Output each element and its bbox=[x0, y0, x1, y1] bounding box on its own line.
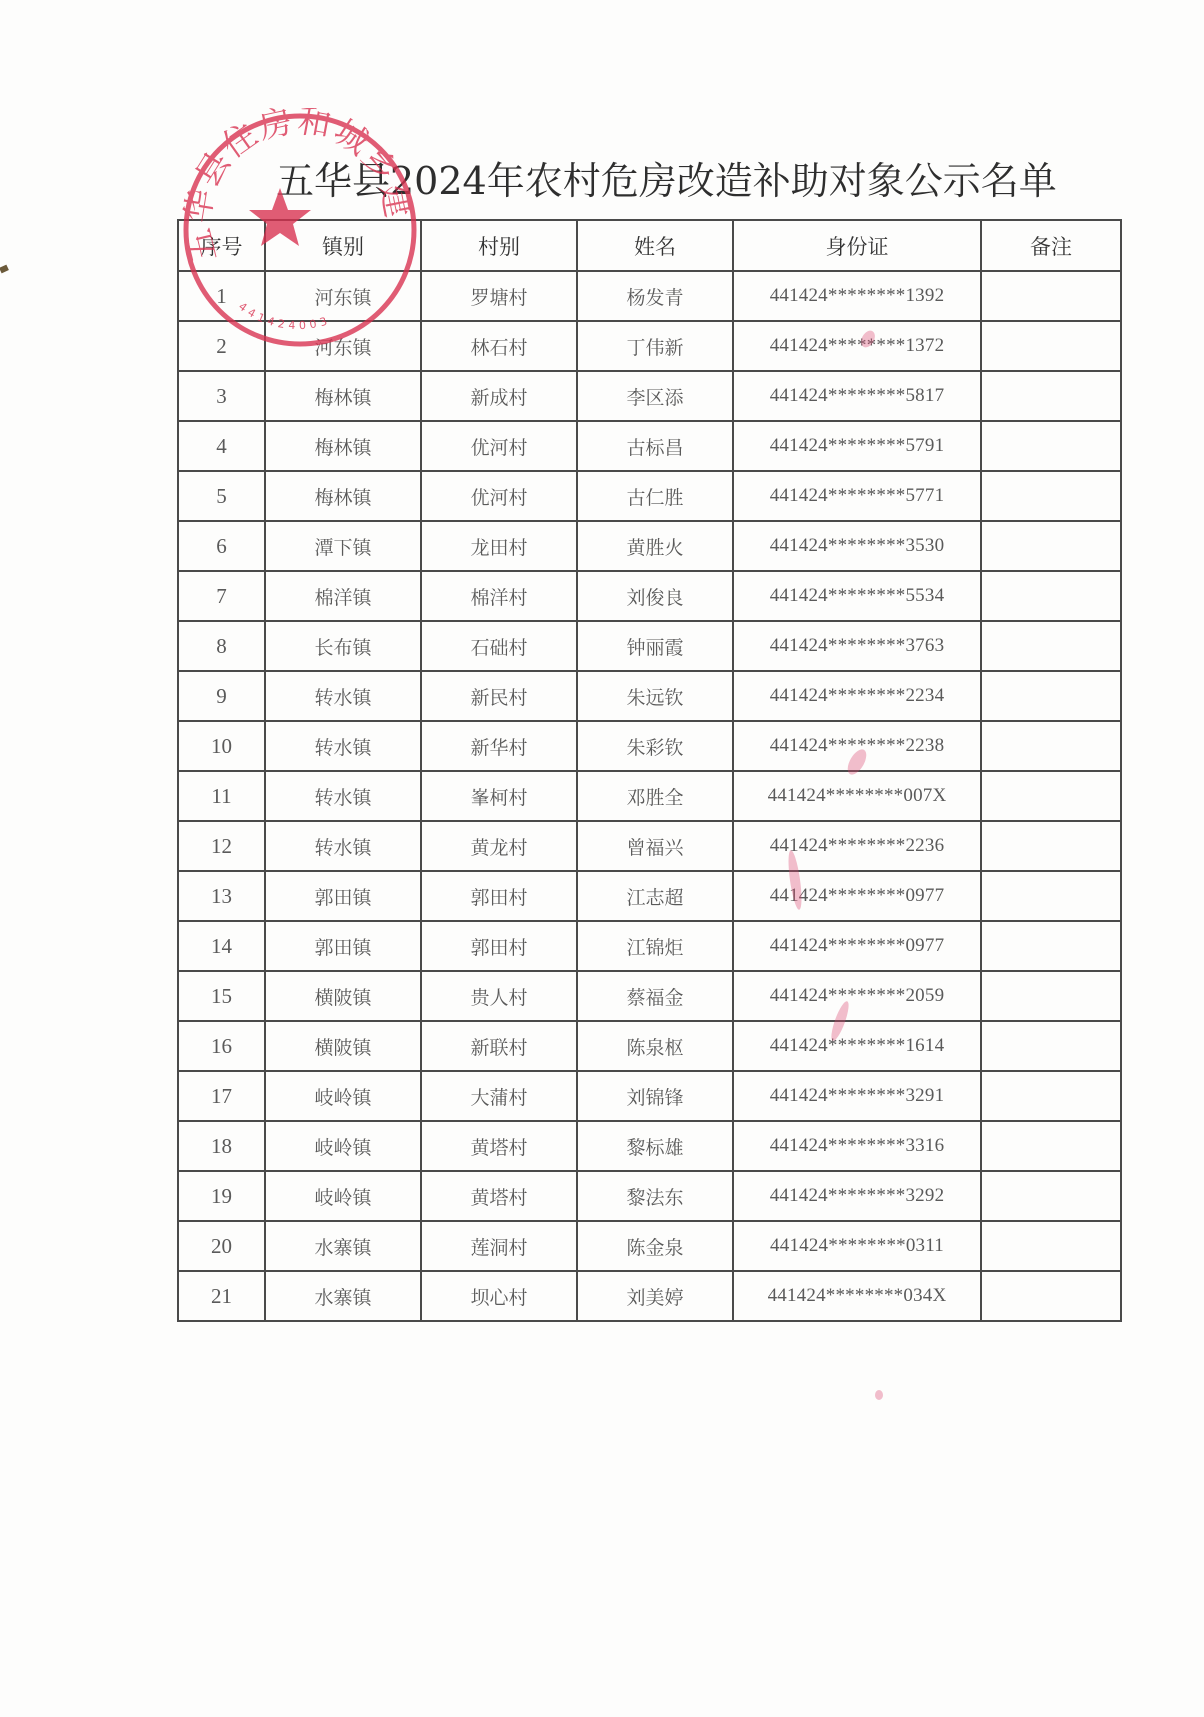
cell-seq: 2 bbox=[178, 321, 265, 371]
cell-seq: 19 bbox=[178, 1171, 265, 1221]
cell-village: 黄塔村 bbox=[421, 1121, 577, 1171]
cell-id-card: 441424********2238 bbox=[733, 721, 981, 771]
cell-town: 岐岭镇 bbox=[265, 1171, 421, 1221]
cell-seq: 9 bbox=[178, 671, 265, 721]
cell-town: 郭田镇 bbox=[265, 921, 421, 971]
header-remarks: 备注 bbox=[981, 220, 1121, 271]
cell-id-card: 441424********034X bbox=[733, 1271, 981, 1321]
cell-town: 河东镇 bbox=[265, 321, 421, 371]
cell-id-card: 441424********3763 bbox=[733, 621, 981, 671]
document-title: 五华县2024年农村危房改造补助对象公示名单 bbox=[276, 150, 1036, 205]
cell-town: 岐岭镇 bbox=[265, 1071, 421, 1121]
table-row: 2河东镇林石村丁伟新441424********1372 bbox=[178, 321, 1121, 371]
cell-id-card: 441424********5771 bbox=[733, 471, 981, 521]
cell-id-card: 441424********5791 bbox=[733, 421, 981, 471]
cell-village: 坝心村 bbox=[421, 1271, 577, 1321]
cell-village: 优河村 bbox=[421, 421, 577, 471]
cell-seq: 5 bbox=[178, 471, 265, 521]
table-row: 3梅林镇新成村李区添441424********5817 bbox=[178, 371, 1121, 421]
table-row: 19岐岭镇黄塔村黎法东441424********3292 bbox=[178, 1171, 1121, 1221]
table-row: 6潭下镇龙田村黄胜火441424********3530 bbox=[178, 521, 1121, 571]
cell-name: 李区添 bbox=[577, 371, 733, 421]
table-row: 9转水镇新民村朱远钦441424********2234 bbox=[178, 671, 1121, 721]
cell-remarks bbox=[981, 1171, 1121, 1221]
cell-id-card: 441424********2236 bbox=[733, 821, 981, 871]
cell-name: 刘锦锋 bbox=[577, 1071, 733, 1121]
cell-village: 黄龙村 bbox=[421, 821, 577, 871]
cell-town: 梅林镇 bbox=[265, 421, 421, 471]
cell-remarks bbox=[981, 571, 1121, 621]
cell-remarks bbox=[981, 371, 1121, 421]
cell-id-card: 441424********3291 bbox=[733, 1071, 981, 1121]
header-id-card: 身份证 bbox=[733, 220, 981, 271]
cell-name: 黄胜火 bbox=[577, 521, 733, 571]
cell-village: 石础村 bbox=[421, 621, 577, 671]
cell-name: 蔡福金 bbox=[577, 971, 733, 1021]
cell-remarks bbox=[981, 971, 1121, 1021]
cell-remarks bbox=[981, 871, 1121, 921]
cell-id-card: 441424********5817 bbox=[733, 371, 981, 421]
cell-name: 江锦炬 bbox=[577, 921, 733, 971]
cell-town: 郭田镇 bbox=[265, 871, 421, 921]
cell-remarks bbox=[981, 521, 1121, 571]
cell-village: 大蒲村 bbox=[421, 1071, 577, 1121]
cell-name: 古标昌 bbox=[577, 421, 733, 471]
cell-seq: 14 bbox=[178, 921, 265, 971]
cell-name: 曾福兴 bbox=[577, 821, 733, 871]
cell-name: 陈泉枢 bbox=[577, 1021, 733, 1071]
cell-remarks bbox=[981, 1221, 1121, 1271]
subsidy-recipients-table: 序号 镇别 村别 姓名 身份证 备注 1河东镇罗塘村杨发青441424*****… bbox=[177, 219, 1122, 1322]
cell-seq: 18 bbox=[178, 1121, 265, 1171]
cell-seq: 8 bbox=[178, 621, 265, 671]
cell-id-card: 441424********0977 bbox=[733, 871, 981, 921]
cell-seq: 3 bbox=[178, 371, 265, 421]
ink-smudge bbox=[875, 1390, 883, 1400]
cell-town: 横陂镇 bbox=[265, 971, 421, 1021]
cell-town: 梅林镇 bbox=[265, 471, 421, 521]
cell-id-card: 441424********2234 bbox=[733, 671, 981, 721]
scanned-document-page: 五华县2024年农村危房改造补助对象公示名单 序号 镇别 村别 姓名 身份证 备… bbox=[0, 0, 1204, 1717]
cell-seq: 12 bbox=[178, 821, 265, 871]
cell-seq: 20 bbox=[178, 1221, 265, 1271]
cell-id-card: 441424********1392 bbox=[733, 271, 981, 321]
cell-name: 陈金泉 bbox=[577, 1221, 733, 1271]
cell-village: 林石村 bbox=[421, 321, 577, 371]
cell-remarks bbox=[981, 821, 1121, 871]
header-village: 村别 bbox=[421, 220, 577, 271]
cell-id-card: 441424********0977 bbox=[733, 921, 981, 971]
cell-village: 新民村 bbox=[421, 671, 577, 721]
table-row: 21水寨镇坝心村刘美婷441424********034X bbox=[178, 1271, 1121, 1321]
cell-seq: 6 bbox=[178, 521, 265, 571]
table-row: 12转水镇黄龙村曾福兴441424********2236 bbox=[178, 821, 1121, 871]
table-row: 1河东镇罗塘村杨发青441424********1392 bbox=[178, 271, 1121, 321]
cell-name: 江志超 bbox=[577, 871, 733, 921]
cell-remarks bbox=[981, 1071, 1121, 1121]
cell-id-card: 441424********0311 bbox=[733, 1221, 981, 1271]
cell-village: 优河村 bbox=[421, 471, 577, 521]
table-body: 1河东镇罗塘村杨发青441424********13922河东镇林石村丁伟新44… bbox=[178, 271, 1121, 1321]
cell-id-card: 441424********5534 bbox=[733, 571, 981, 621]
table-row: 16横陂镇新联村陈泉枢441424********1614 bbox=[178, 1021, 1121, 1071]
cell-name: 朱远钦 bbox=[577, 671, 733, 721]
cell-seq: 4 bbox=[178, 421, 265, 471]
cell-seq: 7 bbox=[178, 571, 265, 621]
cell-remarks bbox=[981, 471, 1121, 521]
cell-town: 转水镇 bbox=[265, 721, 421, 771]
cell-id-card: 441424********007X bbox=[733, 771, 981, 821]
table-row: 4梅林镇优河村古标昌441424********5791 bbox=[178, 421, 1121, 471]
cell-seq: 11 bbox=[178, 771, 265, 821]
cell-village: 郭田村 bbox=[421, 871, 577, 921]
scan-artifact-mark bbox=[0, 265, 9, 274]
cell-name: 刘美婷 bbox=[577, 1271, 733, 1321]
cell-town: 水寨镇 bbox=[265, 1271, 421, 1321]
cell-name: 黎法东 bbox=[577, 1171, 733, 1221]
cell-id-card: 441424********3292 bbox=[733, 1171, 981, 1221]
cell-town: 转水镇 bbox=[265, 771, 421, 821]
cell-village: 罗塘村 bbox=[421, 271, 577, 321]
cell-remarks bbox=[981, 671, 1121, 721]
cell-seq: 17 bbox=[178, 1071, 265, 1121]
cell-town: 棉洋镇 bbox=[265, 571, 421, 621]
cell-town: 横陂镇 bbox=[265, 1021, 421, 1071]
cell-remarks bbox=[981, 771, 1121, 821]
cell-remarks bbox=[981, 721, 1121, 771]
cell-town: 潭下镇 bbox=[265, 521, 421, 571]
cell-town: 水寨镇 bbox=[265, 1221, 421, 1271]
table-row: 10转水镇新华村朱彩钦441424********2238 bbox=[178, 721, 1121, 771]
cell-village: 龙田村 bbox=[421, 521, 577, 571]
cell-remarks bbox=[981, 621, 1121, 671]
cell-remarks bbox=[981, 921, 1121, 971]
cell-name: 黎标雄 bbox=[577, 1121, 733, 1171]
table-row: 5梅林镇优河村古仁胜441424********5771 bbox=[178, 471, 1121, 521]
cell-town: 转水镇 bbox=[265, 821, 421, 871]
table-row: 13郭田镇郭田村江志超441424********0977 bbox=[178, 871, 1121, 921]
cell-town: 梅林镇 bbox=[265, 371, 421, 421]
cell-name: 丁伟新 bbox=[577, 321, 733, 371]
cell-village: 新成村 bbox=[421, 371, 577, 421]
cell-name: 古仁胜 bbox=[577, 471, 733, 521]
cell-town: 转水镇 bbox=[265, 671, 421, 721]
cell-name: 杨发青 bbox=[577, 271, 733, 321]
table-row: 11转水镇峯柯村邓胜全441424********007X bbox=[178, 771, 1121, 821]
cell-village: 郭田村 bbox=[421, 921, 577, 971]
cell-town: 岐岭镇 bbox=[265, 1121, 421, 1171]
cell-village: 新联村 bbox=[421, 1021, 577, 1071]
cell-id-card: 441424********1614 bbox=[733, 1021, 981, 1071]
cell-remarks bbox=[981, 1271, 1121, 1321]
cell-town: 长布镇 bbox=[265, 621, 421, 671]
cell-village: 峯柯村 bbox=[421, 771, 577, 821]
cell-id-card: 441424********3530 bbox=[733, 521, 981, 571]
cell-name: 钟丽霞 bbox=[577, 621, 733, 671]
cell-village: 黄塔村 bbox=[421, 1171, 577, 1221]
header-name: 姓名 bbox=[577, 220, 733, 271]
cell-town: 河东镇 bbox=[265, 271, 421, 321]
table-row: 15横陂镇贵人村蔡福金441424********2059 bbox=[178, 971, 1121, 1021]
table-row: 7棉洋镇棉洋村刘俊良441424********5534 bbox=[178, 571, 1121, 621]
table-row: 17岐岭镇大蒲村刘锦锋441424********3291 bbox=[178, 1071, 1121, 1121]
cell-seq: 1 bbox=[178, 271, 265, 321]
cell-remarks bbox=[981, 271, 1121, 321]
table-row: 14郭田镇郭田村江锦炬441424********0977 bbox=[178, 921, 1121, 971]
cell-name: 邓胜全 bbox=[577, 771, 733, 821]
cell-village: 莲洞村 bbox=[421, 1221, 577, 1271]
table-row: 8长布镇石础村钟丽霞441424********3763 bbox=[178, 621, 1121, 671]
cell-remarks bbox=[981, 321, 1121, 371]
cell-remarks bbox=[981, 1121, 1121, 1171]
table-header-row: 序号 镇别 村别 姓名 身份证 备注 bbox=[178, 220, 1121, 271]
header-seq: 序号 bbox=[178, 220, 265, 271]
cell-seq: 10 bbox=[178, 721, 265, 771]
cell-seq: 15 bbox=[178, 971, 265, 1021]
cell-id-card: 441424********1372 bbox=[733, 321, 981, 371]
table-row: 20水寨镇莲洞村陈金泉441424********0311 bbox=[178, 1221, 1121, 1271]
table-row: 18岐岭镇黄塔村黎标雄441424********3316 bbox=[178, 1121, 1121, 1171]
cell-seq: 13 bbox=[178, 871, 265, 921]
cell-remarks bbox=[981, 421, 1121, 471]
cell-village: 贵人村 bbox=[421, 971, 577, 1021]
cell-village: 新华村 bbox=[421, 721, 577, 771]
cell-village: 棉洋村 bbox=[421, 571, 577, 621]
header-town: 镇别 bbox=[265, 220, 421, 271]
cell-seq: 21 bbox=[178, 1271, 265, 1321]
cell-seq: 16 bbox=[178, 1021, 265, 1071]
cell-name: 刘俊良 bbox=[577, 571, 733, 621]
cell-id-card: 441424********3316 bbox=[733, 1121, 981, 1171]
cell-id-card: 441424********2059 bbox=[733, 971, 981, 1021]
cell-name: 朱彩钦 bbox=[577, 721, 733, 771]
cell-remarks bbox=[981, 1021, 1121, 1071]
